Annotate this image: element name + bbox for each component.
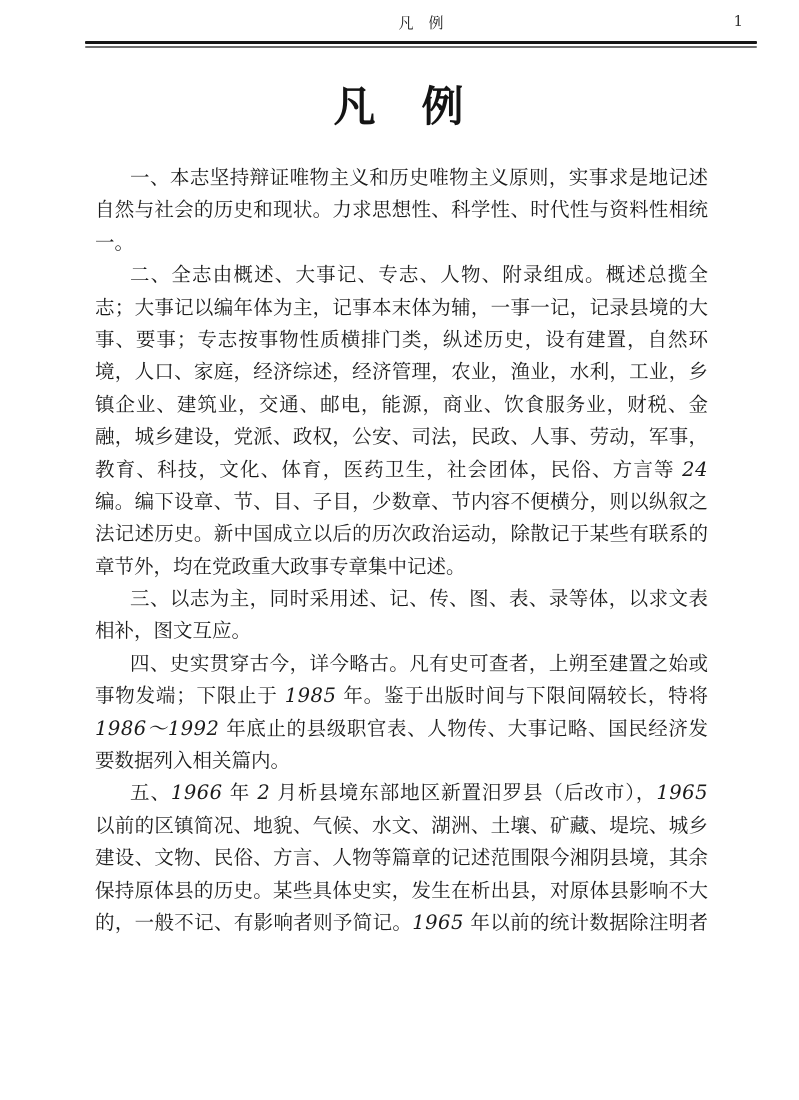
text-line: 1986～1992 年底止的县级职官表、人物传、大事记略、国民经济发展主 (95, 713, 708, 745)
header-rule-bottom (85, 46, 757, 48)
text-line: 要数据列入相关篇内。 (95, 745, 708, 777)
numeral: 1965 (656, 781, 708, 804)
text-line: 事、要事；专志按事物性质横排门类，纵述历史，设有建置，自然环 (95, 324, 708, 356)
text-line: 事物发端；下限止于 1985 年。鉴于出版时间与下限间隔较长，特将 (95, 680, 708, 712)
text-line: 镇企业、建筑业，交通、邮电，能源，商业、饮食服务业，财税、金 (95, 389, 708, 421)
running-header: 凡 例 1 (85, 12, 757, 34)
text-line: 二、全志由概述、大事记、专志、人物、附录组成。概述总揽全 (95, 259, 708, 291)
running-header-title: 凡 例 (85, 12, 757, 33)
text-line: 一、本志坚持辩证唯物主义和历史唯物主义原则，实事求是地记述 (95, 162, 708, 194)
text-line: 境，人口、家庭，经济综述，经济管理，农业，渔业，水利，工业，乡 (95, 356, 708, 388)
text-line: 志；大事记以编年体为主，记事本末体为辅，一事一记，记录县境的大 (95, 292, 708, 324)
text-line: 编。编下设章、节、目、子目，少数章、节内容不便横分，则以纵叙之 (95, 486, 708, 518)
scanned-document-page: 凡 例 1 凡 例 一、本志坚持辩证唯物主义和历史唯物主义原则，实事求是地记述自… (0, 0, 799, 1100)
numeral: 1965 (412, 911, 464, 934)
header-double-rule (85, 41, 757, 48)
text-line: 保持原体县的历史。某些具体史实，发生在析出县，对原体县影响不大 (95, 875, 708, 907)
paragraph: 五、1966 年 2 月析县境东部地区新置汨罗县（后改市），1965 年底以前的… (95, 777, 708, 939)
text-line: 自然与社会的历史和现状。力求思想性、科学性、时代性与资料性相统 (95, 194, 708, 226)
text-line: 三、以志为主，同时采用述、记、传、图、表、录等体，以求文表 (95, 583, 708, 615)
text-line: 一。 (95, 227, 708, 259)
text-line: 教育、科技，文化、体育，医药卫生，社会团体，民俗、方言等 24 (95, 454, 708, 486)
numeral: 2 (257, 781, 270, 804)
paragraph: 一、本志坚持辩证唯物主义和历史唯物主义原则，实事求是地记述自然与社会的历史和现状… (95, 162, 708, 259)
paragraph: 四、史实贯穿古今，详今略古。凡有史可查者，上朔至建置之始或事物发端；下限止于 1… (95, 648, 708, 778)
text-line: 的，一般不记、有影响者则予简记。1965 年以前的统计数据除注明者 (95, 907, 708, 939)
numeral: 1966 (171, 781, 223, 804)
paragraph: 三、以志为主，同时采用述、记、传、图、表、录等体，以求文表相补，图文互应。 (95, 583, 708, 648)
paragraph: 二、全志由概述、大事记、专志、人物、附录组成。概述总揽全志；大事记以编年体为主，… (95, 259, 708, 583)
numeral: 24 (682, 458, 708, 481)
header-rule-top (85, 41, 757, 44)
page-number: 1 (733, 12, 743, 30)
document-body: 一、本志坚持辩证唯物主义和历史唯物主义原则，实事求是地记述自然与社会的历史和现状… (95, 162, 708, 939)
text-line: 四、史实贯穿古今，详今略古。凡有史可查者，上朔至建置之始或 (95, 648, 708, 680)
text-line: 建设、文物、民俗、方言、人物等篇章的记述范围限今湘阴县境，其余 (95, 842, 708, 874)
text-line: 融，城乡建设，党派、政权，公安、司法，民政、人事、劳动，军事， (95, 421, 708, 453)
document-title: 凡 例 (0, 74, 799, 134)
text-line: 法记述历史。新中国成立以后的历次政治运动，除散记于某些有联系的 (95, 518, 708, 550)
text-line: 相补，图文互应。 (95, 615, 708, 647)
text-line: 以前的区镇简况、地貌、气候、水文、湖洲、土壤、矿藏、堤垸、城乡 (95, 810, 708, 842)
numeral: 1985 (285, 684, 337, 707)
text-line: 五、1966 年 2 月析县境东部地区新置汨罗县（后改市），1965 年底 (95, 777, 708, 809)
numeral: 1986～1992 (95, 717, 219, 740)
text-line: 章节外，均在党政重大政事专章集中记述。 (95, 551, 708, 583)
